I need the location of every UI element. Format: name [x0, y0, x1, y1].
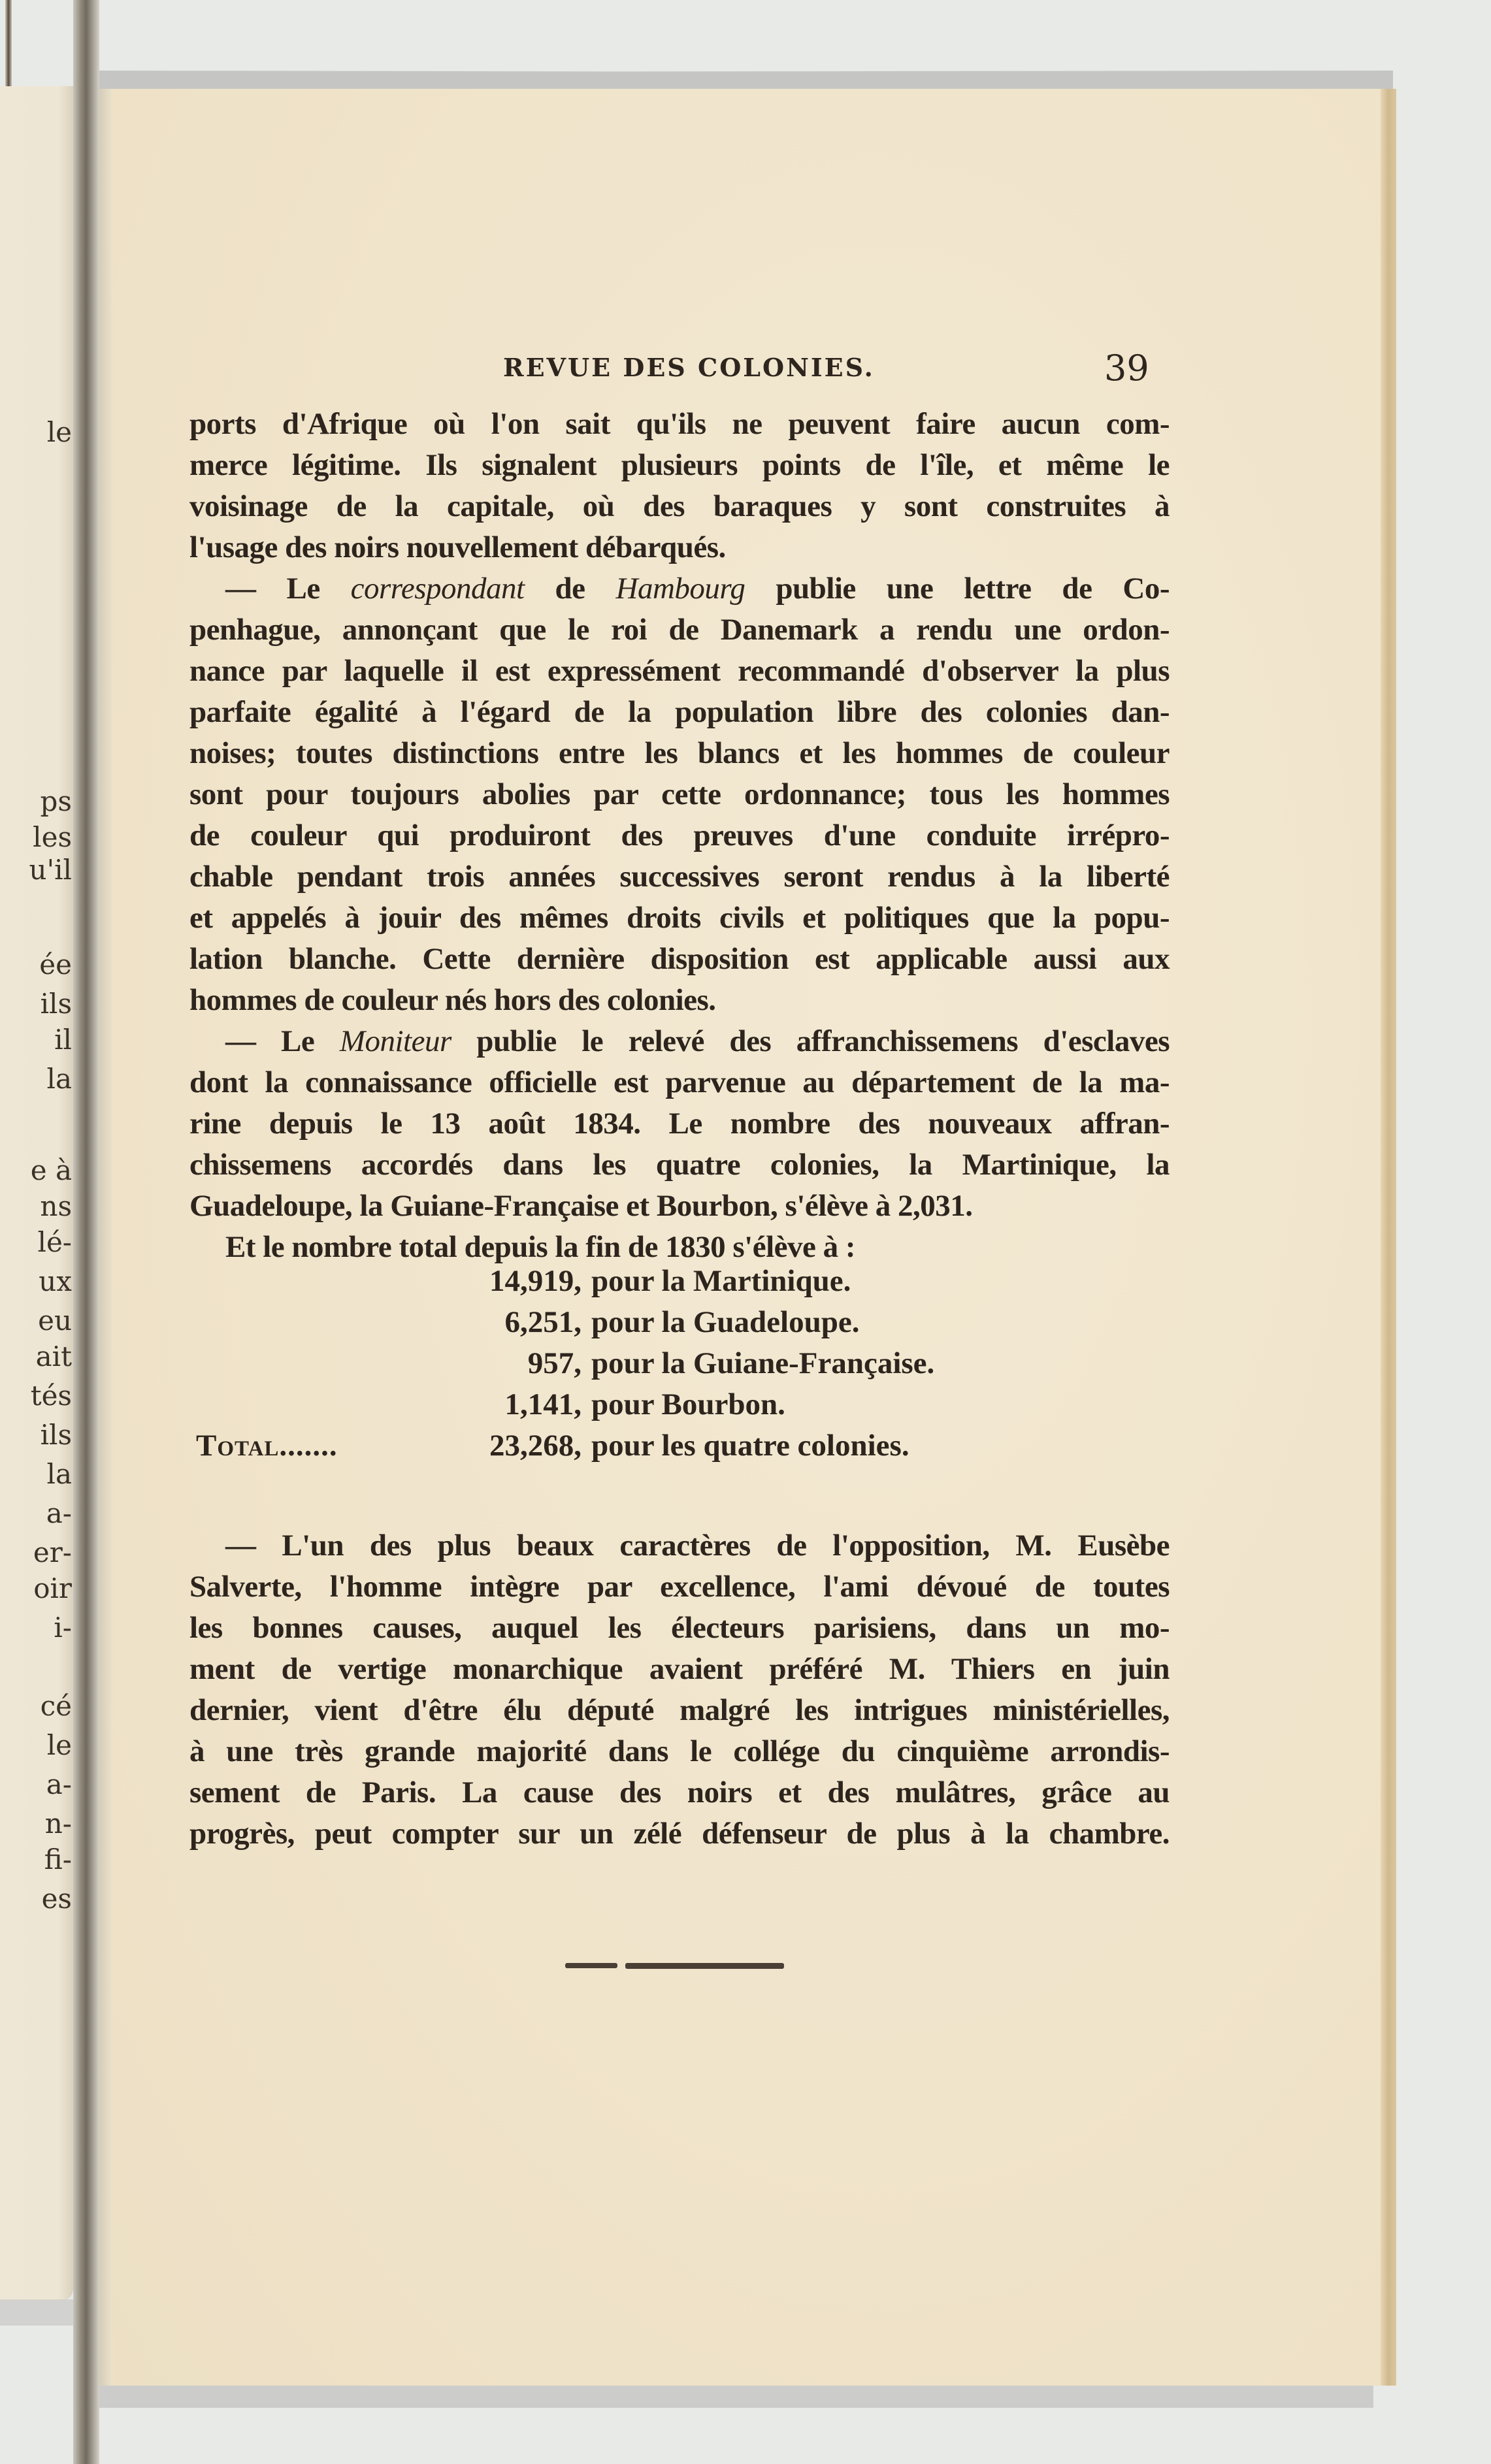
text-line: ment de vertige monarchique avaient préf… — [189, 1649, 1170, 1690]
text-line: l'usage des noirs nouvellement débarqués… — [189, 527, 1170, 568]
text-span: de — [525, 572, 616, 606]
emancipation-totals-table: 14,919, pour la Martinique. 6,251, pour … — [189, 1261, 1039, 1467]
book-spine-top — [5, 0, 12, 86]
text-line: chissemens accordés dans les quatre colo… — [189, 1144, 1170, 1186]
running-head: REVUE DES COLONIES. 39 — [0, 353, 1491, 392]
previous-page-fragment: ée — [39, 944, 72, 985]
table-label: pour la Guadeloupe. — [591, 1302, 860, 1343]
table-number: 957, — [189, 1343, 582, 1384]
text-span: — Le — [225, 1024, 340, 1058]
text-line: noises; toutes distinctions entre les bl… — [189, 733, 1170, 774]
text-line: nance par laquelle il est expressément r… — [189, 651, 1170, 692]
previous-page-fragment: tés — [31, 1375, 72, 1416]
paragraph-start-line: — Le correspondant de Hambourg publie un… — [189, 568, 1170, 609]
text-line: lation blanche. Cette dernière dispositi… — [189, 939, 1170, 980]
previous-page-fragment: il — [54, 1019, 72, 1060]
page-edge-right — [1381, 89, 1396, 2386]
text-line: voisinage de la capitale, où des baraque… — [189, 486, 1170, 527]
previous-page-fragment: oir — [33, 1568, 72, 1609]
total-text: pour les quatre colonies. — [591, 1425, 909, 1467]
previous-page-fragment: eu — [38, 1300, 72, 1341]
text-line: sont pour toujours abolies par cette ord… — [189, 774, 1170, 815]
text-line: et appelés à jouir des mêmes droits civi… — [189, 898, 1170, 939]
table-number: 6,251, — [189, 1302, 582, 1343]
total-number: 23,268, — [189, 1425, 582, 1467]
section-separator-rule — [565, 1963, 784, 1970]
running-title: REVUE DES COLONIES. — [503, 353, 875, 382]
previous-page-fragment: ux — [39, 1261, 72, 1302]
text-span: publie une lettre de Co- — [745, 572, 1170, 606]
previous-page-fragment: n- — [45, 1803, 72, 1844]
italic-newspaper-name: Moniteur — [340, 1024, 451, 1058]
text-line: à une très grande majorité dans le collé… — [189, 1731, 1170, 1772]
table-row: 14,919, pour la Martinique. — [189, 1261, 1039, 1302]
rule-segment — [625, 1963, 784, 1969]
previous-page-fragment: le — [47, 412, 72, 453]
previous-page-shadow — [0, 2299, 73, 2326]
text-span: — Le — [225, 572, 351, 606]
table-label: pour la Martinique. — [591, 1261, 851, 1302]
text-line: Guadeloupe, la Guiane-Française et Bourb… — [189, 1186, 1170, 1227]
text-line: hommes de couleur nés hors des colonies. — [189, 980, 1170, 1021]
text-line: dernier, vient d'être élu député malgré … — [189, 1690, 1170, 1731]
text-line: parfaite égalité à l'égard de la populat… — [189, 692, 1170, 733]
previous-page-fragment: ils — [41, 983, 72, 1024]
text-line: progrès, peut compter sur un zélé défens… — [189, 1813, 1170, 1855]
table-number: 1,141, — [189, 1384, 582, 1425]
italic-newspaper-name: correspondant — [351, 572, 525, 606]
previous-page-fragment: e à — [31, 1150, 72, 1191]
previous-page-fragment: er- — [33, 1532, 72, 1573]
previous-page-fragment: fi- — [44, 1839, 72, 1880]
page-shadow-top — [99, 71, 1393, 90]
text-line: sement de Paris. La cause des noirs et d… — [189, 1772, 1170, 1813]
previous-page-fragment: a- — [46, 1493, 72, 1534]
previous-page-fragment: a- — [46, 1764, 72, 1805]
previous-page-fragment: u'il — [29, 849, 72, 890]
text-line: les bonnes causes, auquel les électeurs … — [189, 1608, 1170, 1649]
table-label: pour la Guiane-Française. — [591, 1343, 934, 1384]
page-number: 39 — [1104, 348, 1149, 389]
previous-page-fragment: le — [47, 1725, 72, 1766]
table-label: pour Bourbon. — [591, 1384, 785, 1425]
previous-page-fragment: i- — [54, 1607, 72, 1648]
rule-segment — [565, 1963, 617, 1968]
text-line: chable pendant trois années successives … — [189, 856, 1170, 898]
italic-place-name: Hambourg — [616, 572, 745, 606]
body-text-lower: — L'un des plus beaux caractères de l'op… — [189, 1525, 1170, 1855]
table-total-row: Total....... 23,268, pour les quatre col… — [189, 1425, 1039, 1467]
previous-page-fragment: la — [47, 1453, 72, 1495]
paragraph-start-line: — Le Moniteur publie le relevé des affra… — [189, 1021, 1170, 1062]
table-row: 957, pour la Guiane-Française. — [189, 1343, 1039, 1384]
table-row: 1,141, pour Bourbon. — [189, 1384, 1039, 1425]
body-text-upper: ports d'Afrique où l'on sait qu'ils ne p… — [189, 404, 1170, 1268]
previous-page-fragment: la — [47, 1058, 72, 1099]
text-line: rine depuis le 13 août 1834. Le nombre d… — [189, 1103, 1170, 1144]
previous-page-fragment: ils — [41, 1414, 72, 1455]
text-line: merce légitime. Ils signalent plusieurs … — [189, 445, 1170, 486]
paragraph-start-line: — L'un des plus beaux caractères de l'op… — [189, 1525, 1170, 1566]
text-line: Salverte, l'homme intègre par excellence… — [189, 1566, 1170, 1608]
table-row: 6,251, pour la Guadeloupe. — [189, 1302, 1039, 1343]
previous-page-fragment: es — [42, 1878, 72, 1919]
previous-page-fragment: ns — [40, 1186, 72, 1227]
table-number: 14,919, — [189, 1261, 582, 1302]
previous-page-fragment: lé- — [38, 1222, 72, 1263]
page-edge-left — [99, 89, 112, 2386]
text-line: de couleur qui produiront des preuves d'… — [189, 815, 1170, 856]
previous-page-fragment: ps — [41, 781, 72, 822]
text-line: ports d'Afrique où l'on sait qu'ils ne p… — [189, 404, 1170, 445]
text-line: penhague, annonçant que le roi de Danema… — [189, 609, 1170, 651]
page-shadow-bottom — [99, 2384, 1373, 2408]
previous-page-fragment: cé — [41, 1685, 72, 1726]
previous-page-fragment: ait — [36, 1336, 72, 1377]
text-line: dont la connaissance officielle est parv… — [189, 1062, 1170, 1103]
text-span: publie le relevé des affranchissemens d'… — [451, 1024, 1170, 1058]
